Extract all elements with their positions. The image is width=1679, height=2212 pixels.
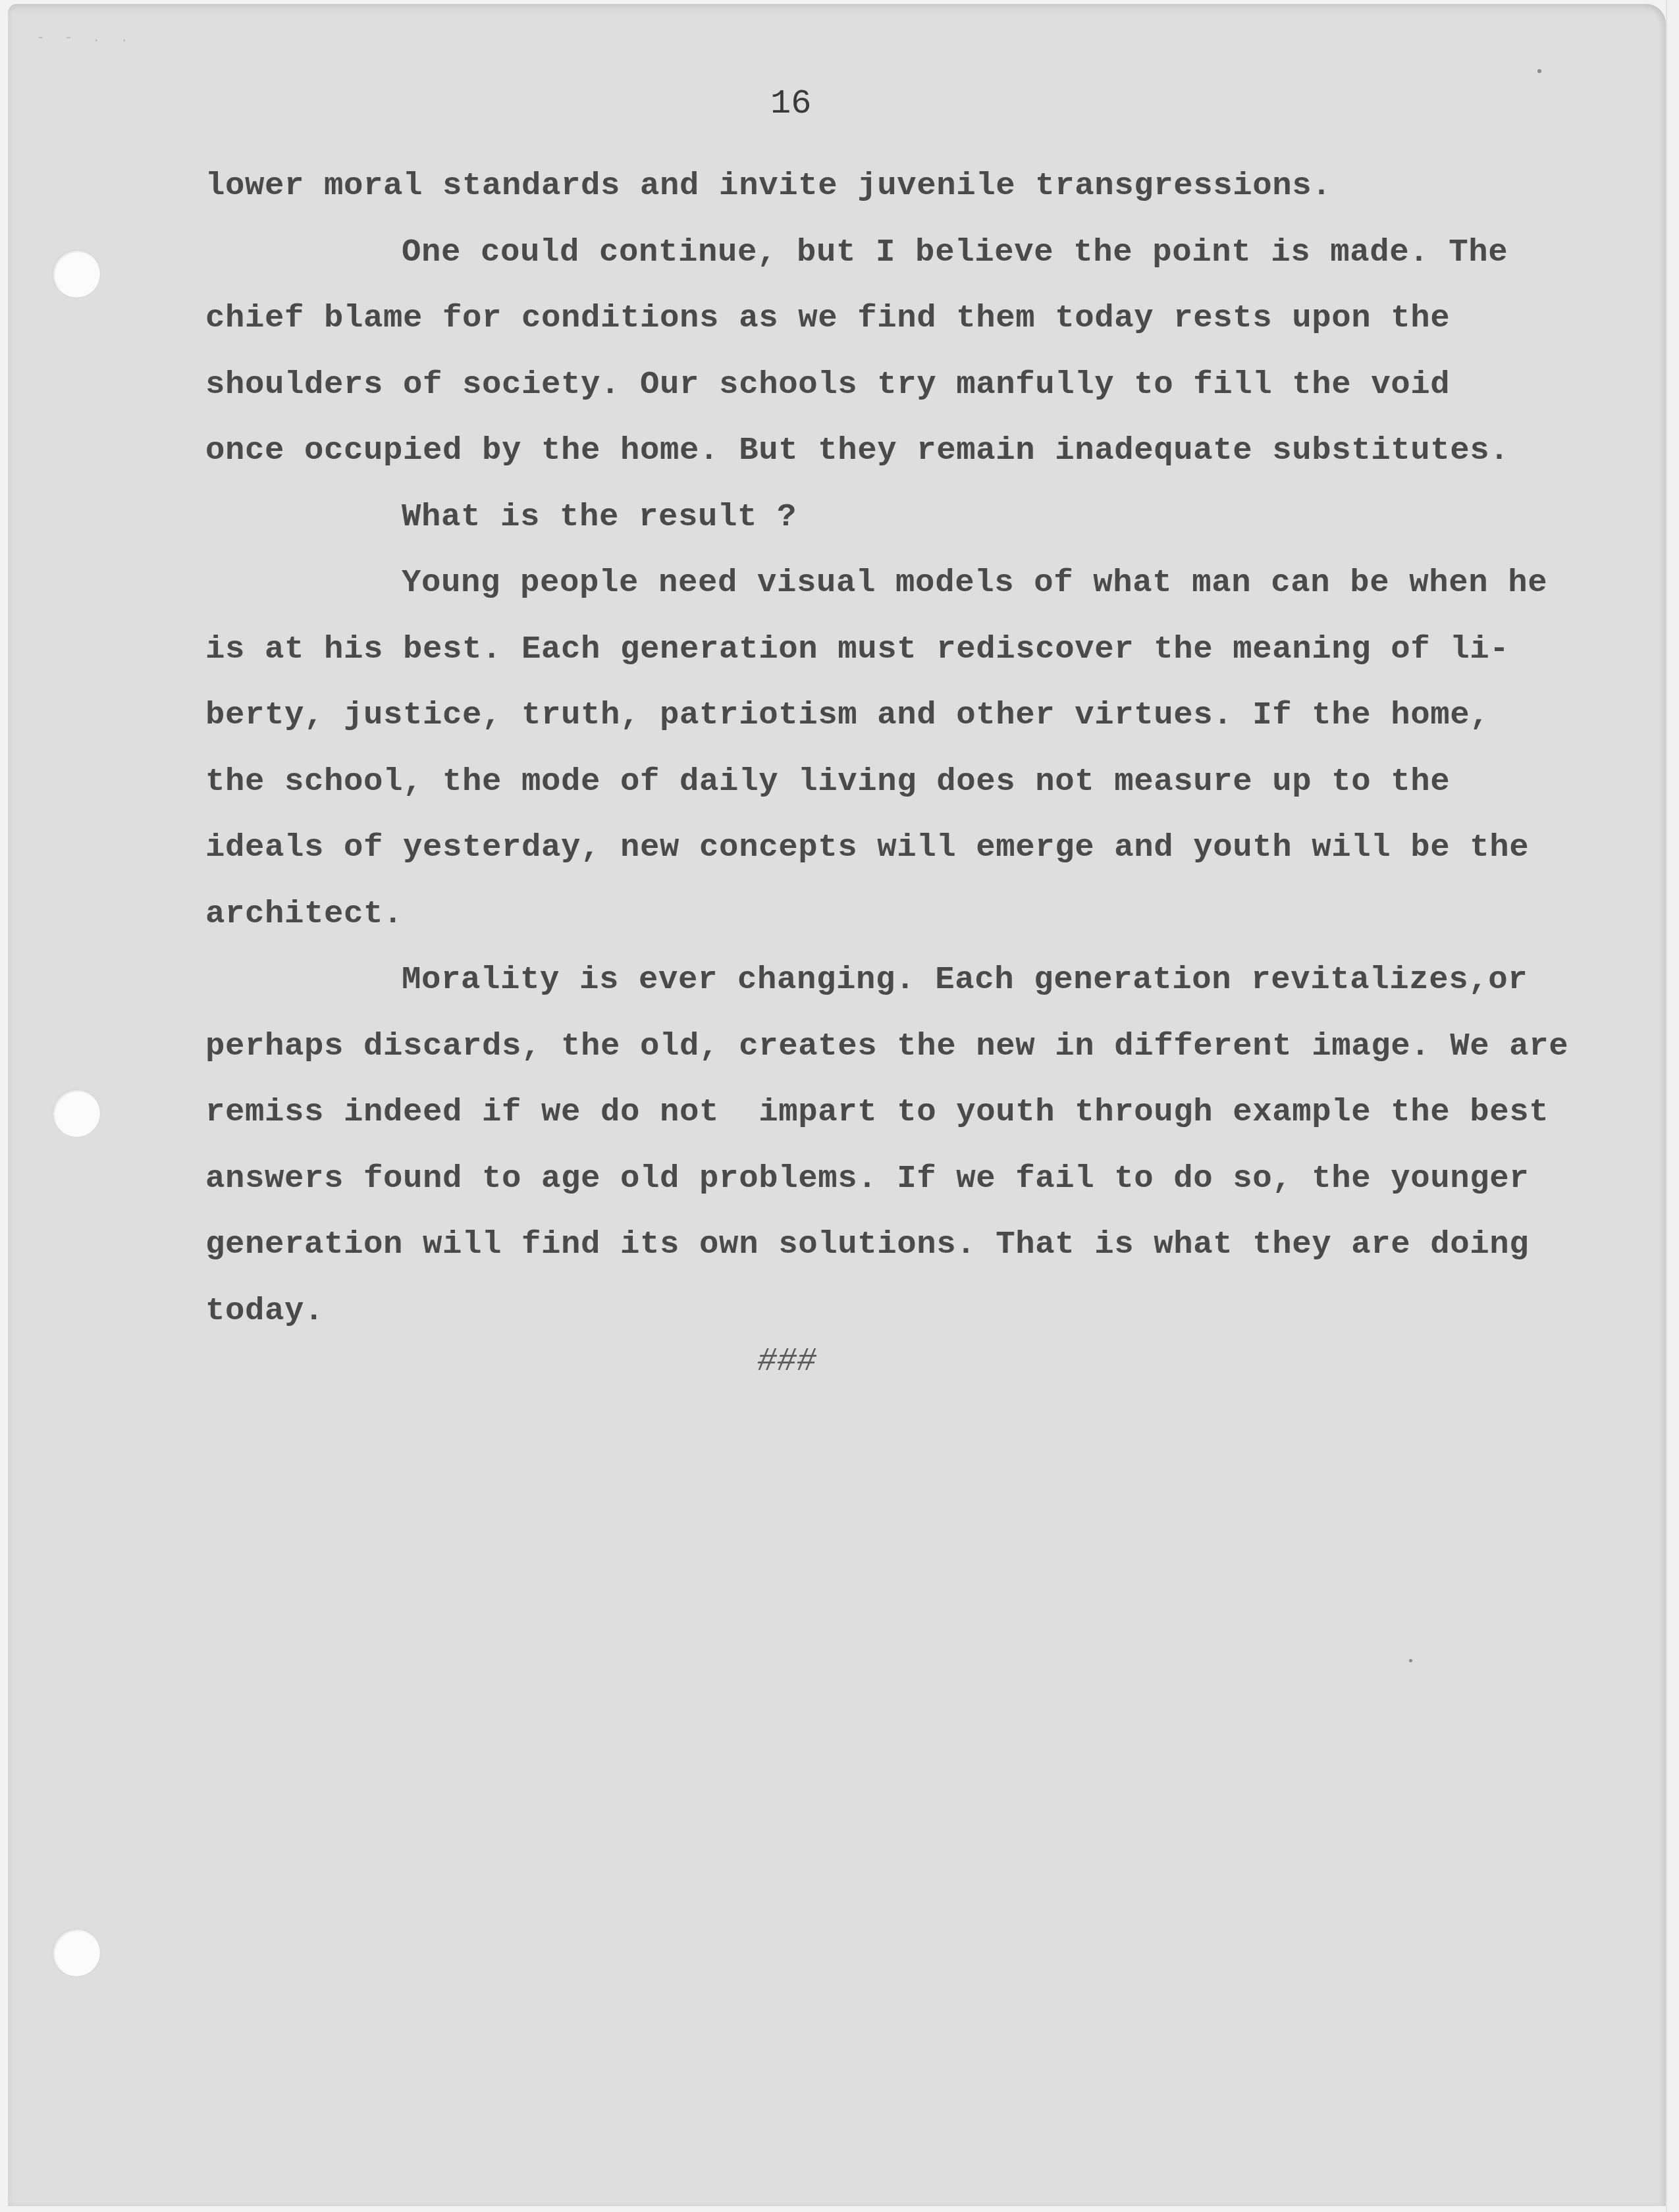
text-line: generation will find its own solutions. … (205, 1211, 1588, 1278)
corner-marks: - - . . (36, 30, 134, 46)
punch-hole-bottom (53, 1929, 100, 1976)
text-line: One could continue, but I believe the po… (205, 219, 1588, 286)
text-line: Morality is ever changing. Each generati… (205, 947, 1588, 1013)
text-line: once occupied by the home. But they rema… (205, 417, 1588, 484)
text-line: ideals of yesterday, new concepts will e… (205, 814, 1588, 881)
punch-hole-middle (53, 1090, 100, 1137)
paper-speck (1537, 69, 1541, 73)
text-line: remiss indeed if we do not impart to you… (205, 1079, 1588, 1145)
scan-edge-strip (1666, 0, 1679, 2212)
end-mark: ### (757, 1343, 816, 1381)
text-line: berty, justice, truth, patriotism and ot… (205, 682, 1588, 749)
page-number: 16 (770, 84, 811, 123)
text-line: answers found to age old problems. If we… (205, 1145, 1588, 1212)
text-line: lower moral standards and invite juvenil… (205, 153, 1588, 219)
text-line: Young people need visual models of what … (205, 550, 1588, 616)
punch-hole-top (53, 250, 100, 298)
paper-speck (1409, 1659, 1412, 1662)
text-line: today. (205, 1278, 1588, 1344)
document-body: lower moral standards and invite juvenil… (205, 153, 1588, 1344)
text-line: is at his best. Each generation must red… (205, 616, 1588, 683)
text-line: the school, the mode of daily living doe… (205, 749, 1588, 815)
text-line: shoulders of society. Our schools try ma… (205, 352, 1588, 418)
text-line: architect. (205, 881, 1588, 947)
text-line: perhaps discards, the old, creates the n… (205, 1013, 1588, 1080)
text-line: What is the result ? (205, 484, 1588, 550)
text-line: chief blame for conditions as we find th… (205, 285, 1588, 352)
